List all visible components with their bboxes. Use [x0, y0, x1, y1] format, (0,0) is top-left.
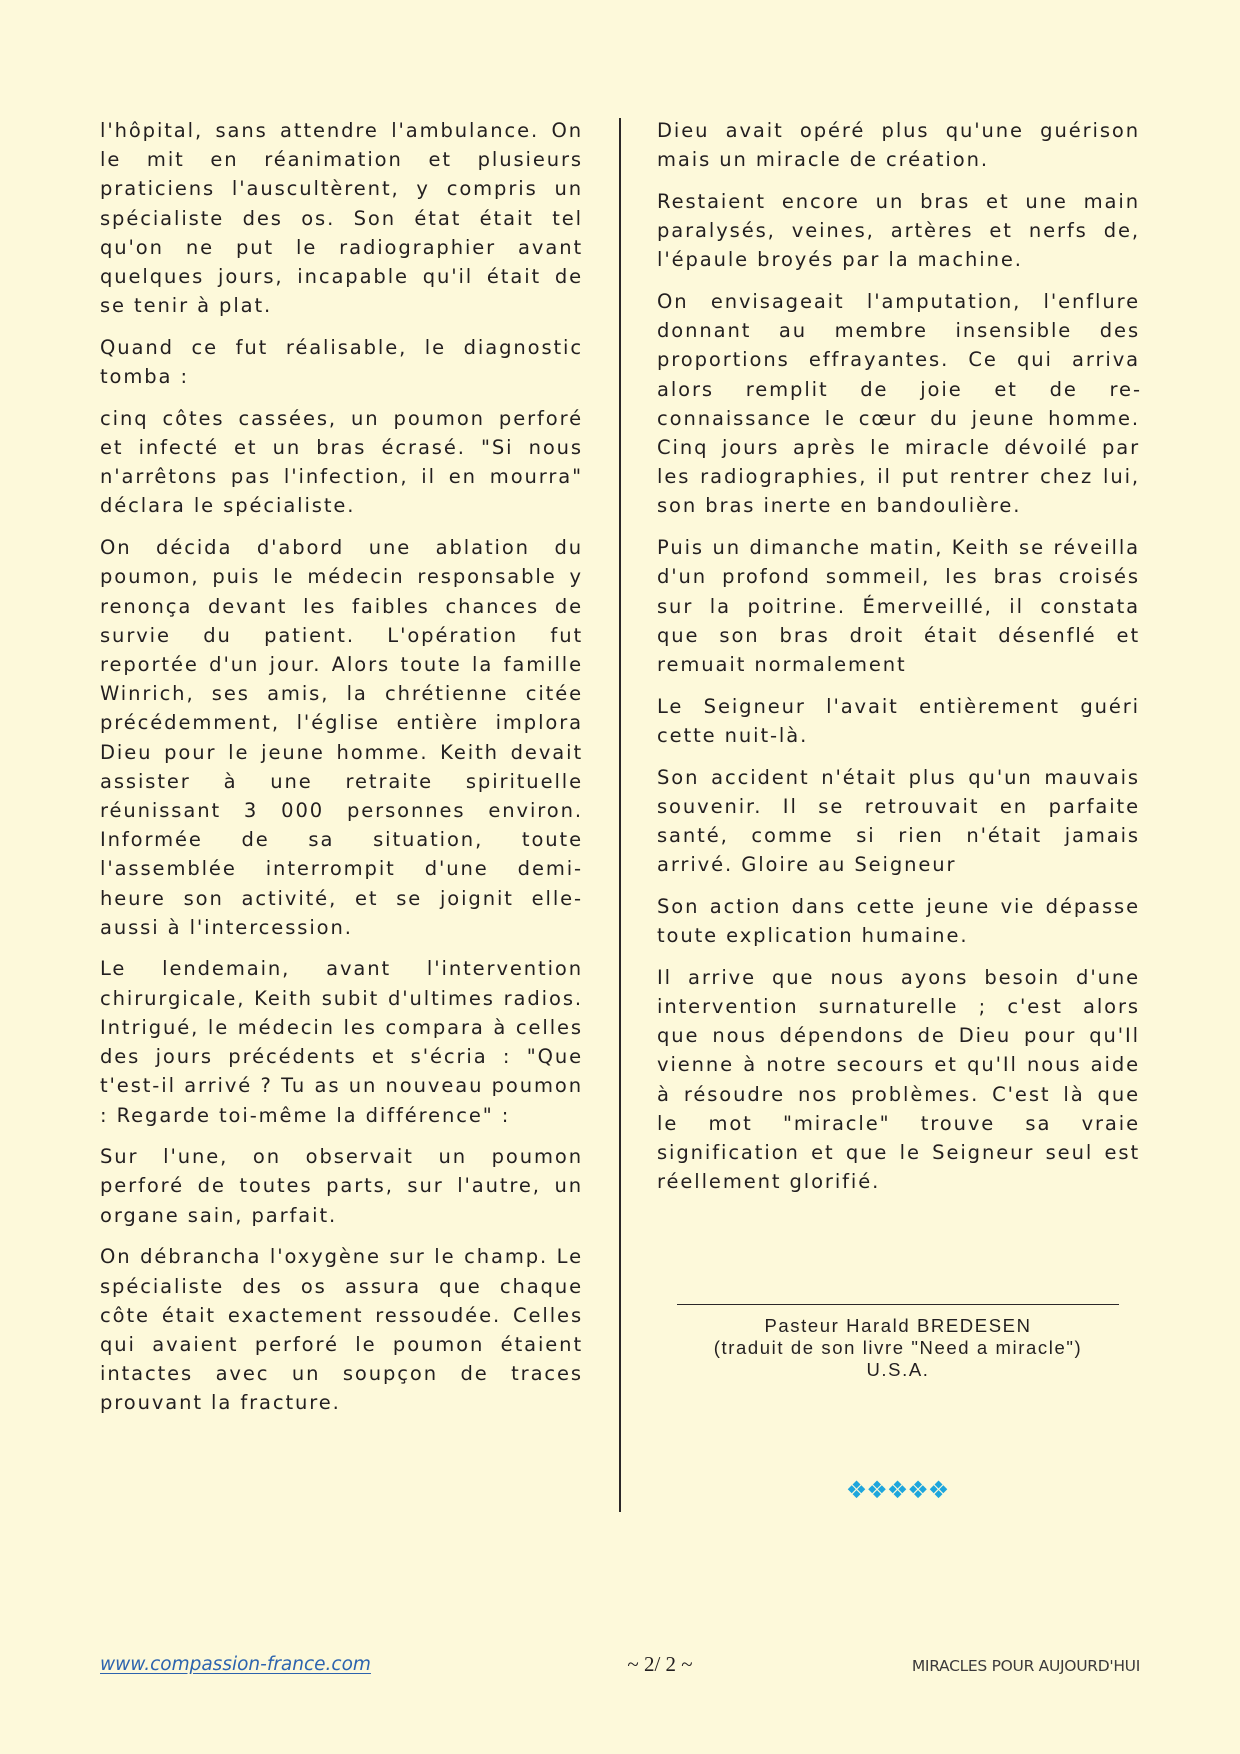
signature-country: U.S.A. [677, 1359, 1119, 1381]
paragraph: Sur l'une, on observait un poumon perfor… [100, 1142, 583, 1230]
website-link[interactable]: www.compassion-france.com [100, 1654, 371, 1675]
signature-block: Pasteur Harald BREDESEN (traduit de son … [677, 1304, 1119, 1381]
paragraph: Son action dans cette jeune vie dé­passe… [657, 892, 1140, 950]
paragraph: Restaient encore un bras et une main par… [657, 187, 1140, 275]
paragraph: On débrancha l'oxygène sur le champ. Le … [100, 1242, 583, 1417]
signature-source: (traduit de son livre "Need a miracle") [677, 1337, 1119, 1359]
paragraph: cinq côtes cassées, un poumon per­foré e… [100, 404, 583, 521]
page-indicator: ~ 2/ 2 ~ [560, 1652, 760, 1677]
paragraph: Il arrive que nous ayons besoin d'une in… [657, 963, 1140, 1197]
paragraph: Le lendemain, avant l'intervention chiru… [100, 954, 583, 1129]
right-column: Dieu avait opéré plus qu'une guéri­son m… [657, 116, 1140, 1209]
signature-author: Pasteur Harald BREDESEN [677, 1315, 1119, 1337]
paragraph: On envisageait l'amputation, l'en­flure … [657, 287, 1140, 521]
paragraph: Son accident n'était plus qu'un mau­vais… [657, 763, 1140, 880]
diamond-ornament-icon: ❖❖❖❖❖ [832, 1476, 962, 1504]
paragraph: l'hôpital, sans attendre l'ambulance. On… [100, 116, 583, 320]
left-column: l'hôpital, sans attendre l'ambulance. On… [100, 116, 583, 1430]
paragraph: Puis un dimanche matin, Keith se ré­veil… [657, 533, 1140, 679]
paragraph: Dieu avait opéré plus qu'une guéri­son m… [657, 116, 1140, 174]
document-page: l'hôpital, sans attendre l'ambulance. On… [0, 0, 1240, 1754]
column-divider [619, 118, 621, 1512]
paragraph: Le Seigneur l'avait entièrement guéri ce… [657, 692, 1140, 750]
paragraph: On décida d'abord une ablation du poumon… [100, 533, 583, 942]
publication-title: MIRACLES POUR AUJOURD'HUI [912, 1657, 1140, 1675]
paragraph: Quand ce fut réalisable, le diagnostic t… [100, 333, 583, 391]
